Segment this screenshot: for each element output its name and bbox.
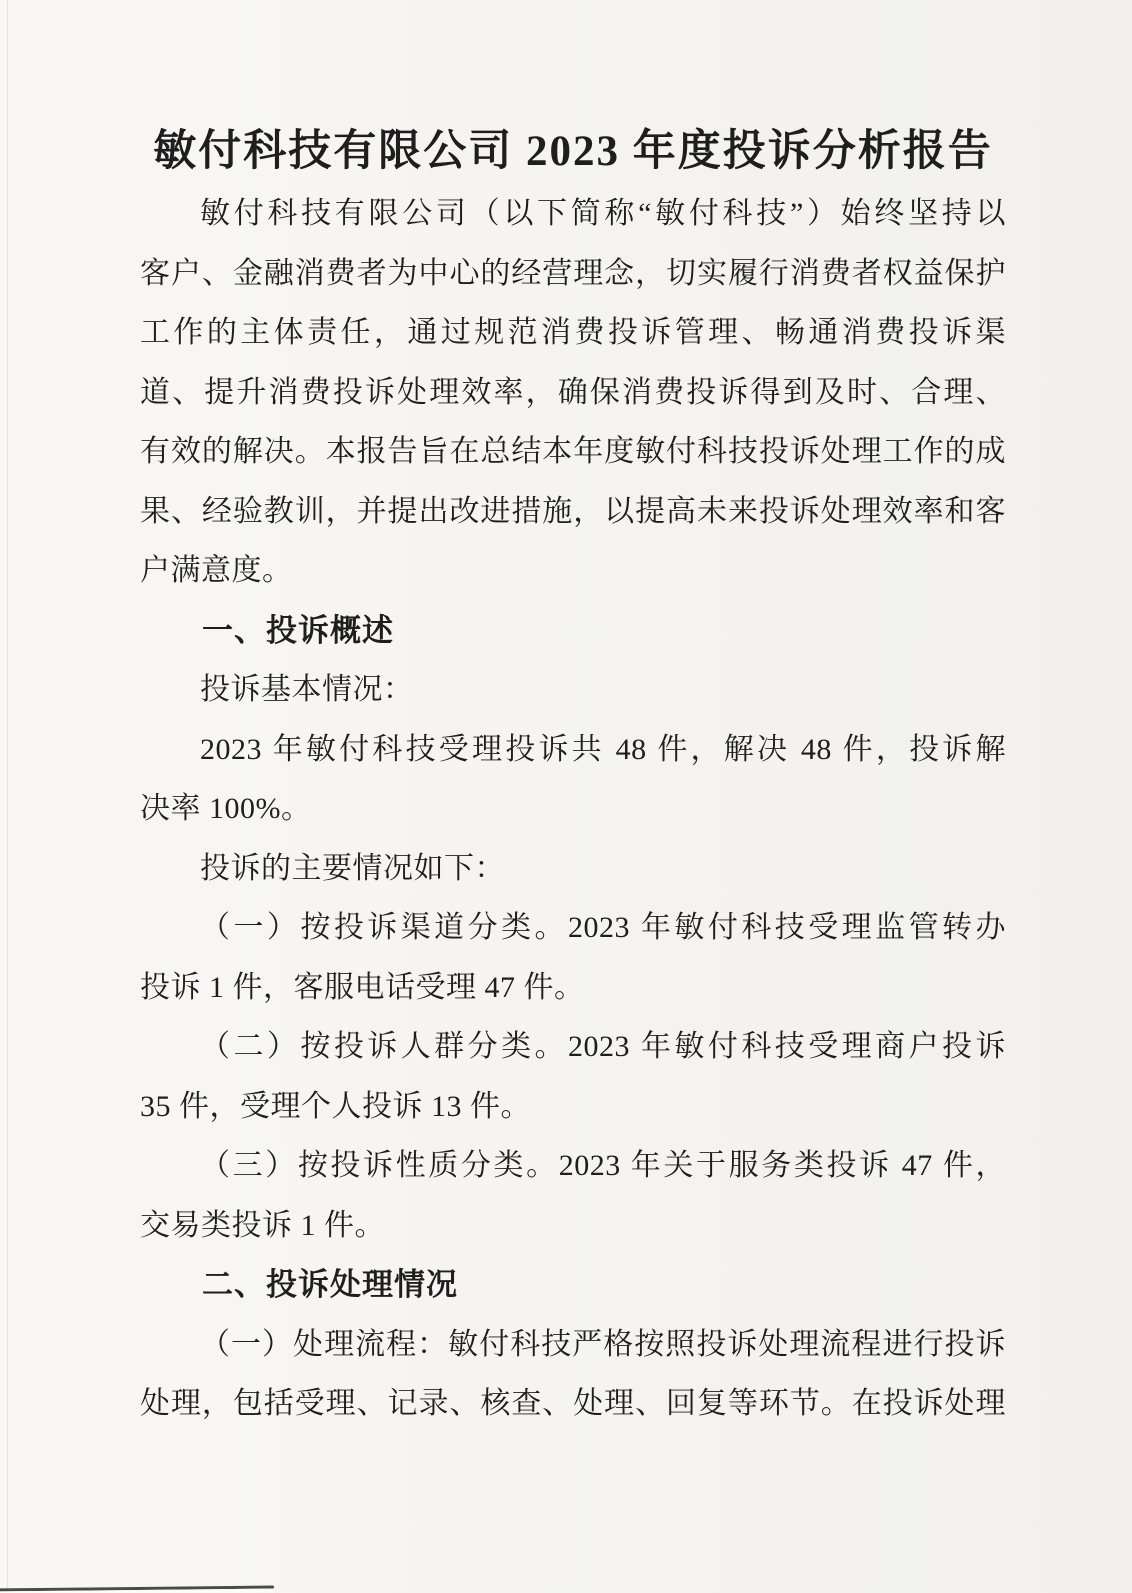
- body-line: 决率 100%。: [140, 779, 1006, 839]
- body-line: 投诉的主要情况如下：: [140, 839, 1006, 899]
- body-line: 户满意度。: [140, 541, 1006, 601]
- section-heading: 一、投诉概述: [140, 601, 1006, 661]
- body-line: 果、经验教训，并提出改进措施，以提高未来投诉处理效率和客: [140, 482, 1006, 542]
- document-title: 敏付科技有限公司 2023 年度投诉分析报告: [140, 122, 1006, 182]
- body-line: 交易类投诉 1 件。: [140, 1196, 1006, 1256]
- body-line: 客户、金融消费者为中心的经营理念，切实履行消费者权益保护: [140, 244, 1006, 304]
- body-line: 道、提升消费投诉处理效率，确保消费投诉得到及时、合理、: [140, 363, 1006, 423]
- scanned-document-page: 敏付科技有限公司 2023 年度投诉分析报告 敏付科技有限公司（以下简称“敏付科…: [0, 0, 1132, 1593]
- body-line: 投诉 1 件，客服电话受理 47 件。: [140, 958, 1006, 1018]
- body-line: 35 件，受理个人投诉 13 件。: [140, 1077, 1006, 1137]
- body-line: 工作的主体责任，通过规范消费投诉管理、畅通消费投诉渠: [140, 303, 1006, 363]
- section-heading: 二、投诉处理情况: [140, 1255, 1006, 1315]
- body-line: （三）按投诉性质分类。2023 年关于服务类投诉 47 件，: [140, 1136, 1006, 1196]
- body-line: 处理，包括受理、记录、核查、处理、回复等环节。在投诉处理: [140, 1374, 1006, 1434]
- body-line: 2023 年敏付科技受理投诉共 48 件，解决 48 件，投诉解: [140, 720, 1006, 780]
- body-line: （二）按投诉人群分类。2023 年敏付科技受理商户投诉: [140, 1017, 1006, 1077]
- page-left-edge: [0, 0, 8, 1593]
- body-line: （一）处理流程：敏付科技严格按照投诉处理流程进行投诉: [140, 1315, 1006, 1375]
- document-content: 敏付科技有限公司 2023 年度投诉分析报告 敏付科技有限公司（以下简称“敏付科…: [140, 0, 1006, 1434]
- scan-corner-artifact: [0, 1586, 274, 1592]
- body-line: 有效的解决。本报告旨在总结本年度敏付科技投诉处理工作的成: [140, 422, 1006, 482]
- body-line: （一）按投诉渠道分类。2023 年敏付科技受理监管转办: [140, 898, 1006, 958]
- body-line: 投诉基本情况：: [140, 660, 1006, 720]
- body-line: 敏付科技有限公司（以下简称“敏付科技”）始终坚持以: [140, 184, 1006, 244]
